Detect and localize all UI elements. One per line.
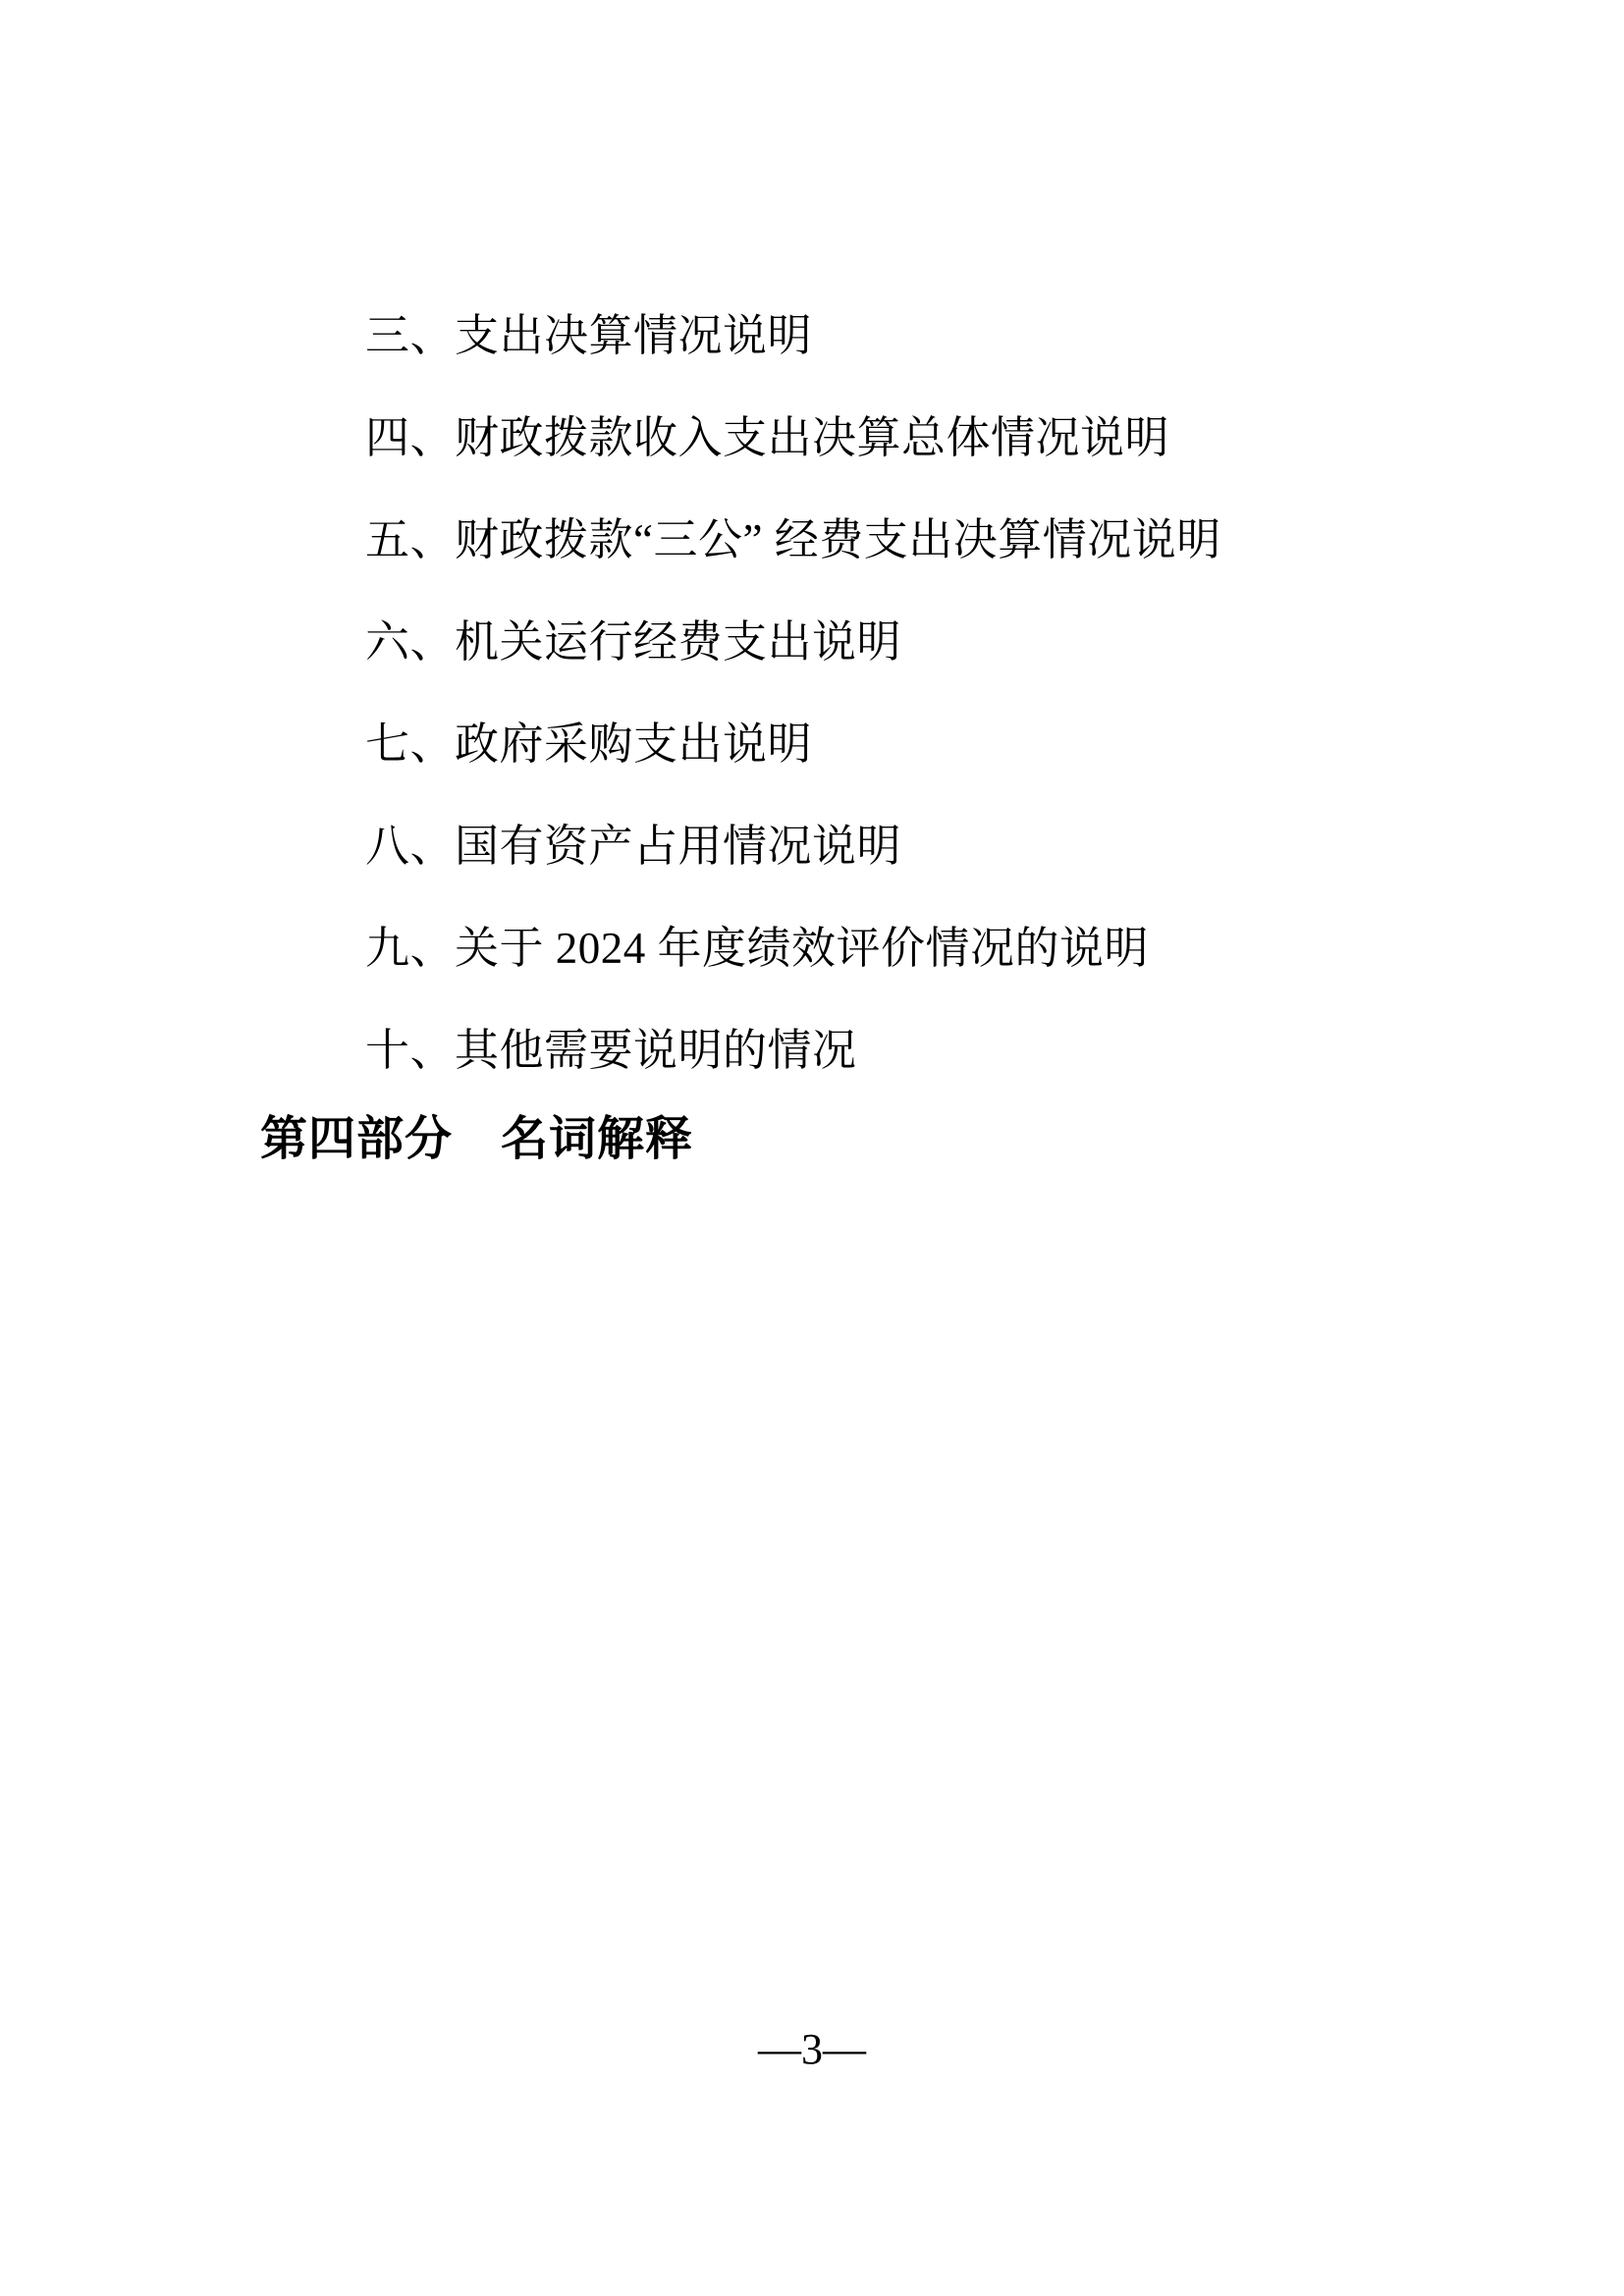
table-of-contents: 三、支出决算情况说明 四、财政拨款收入支出决算总体情况说明 五、财政拨款“三公”… [0,285,1624,1169]
toc-item: 八、国有资产占用情况说明 [0,795,1624,897]
section-heading: 第四部分 名词解释 [0,1110,1624,1169]
toc-item: 七、政府采购支出说明 [0,693,1624,795]
toc-item: 三、支出决算情况说明 [0,285,1624,387]
toc-item: 六、机关运行经费支出说明 [0,591,1624,693]
toc-item: 五、财政拨款“三公” 经费支出决算情况说明 [0,489,1624,591]
toc-item: 九、关于 2024 年度绩效评价情况的说明 [0,897,1624,999]
toc-item: 四、财政拨款收入支出决算总体情况说明 [0,387,1624,489]
page-number: —3— [0,2024,1624,2075]
toc-item: 十、其他需要说明的情况 [0,999,1624,1101]
document-page: 三、支出决算情况说明 四、财政拨款收入支出决算总体情况说明 五、财政拨款“三公”… [0,0,1624,2296]
